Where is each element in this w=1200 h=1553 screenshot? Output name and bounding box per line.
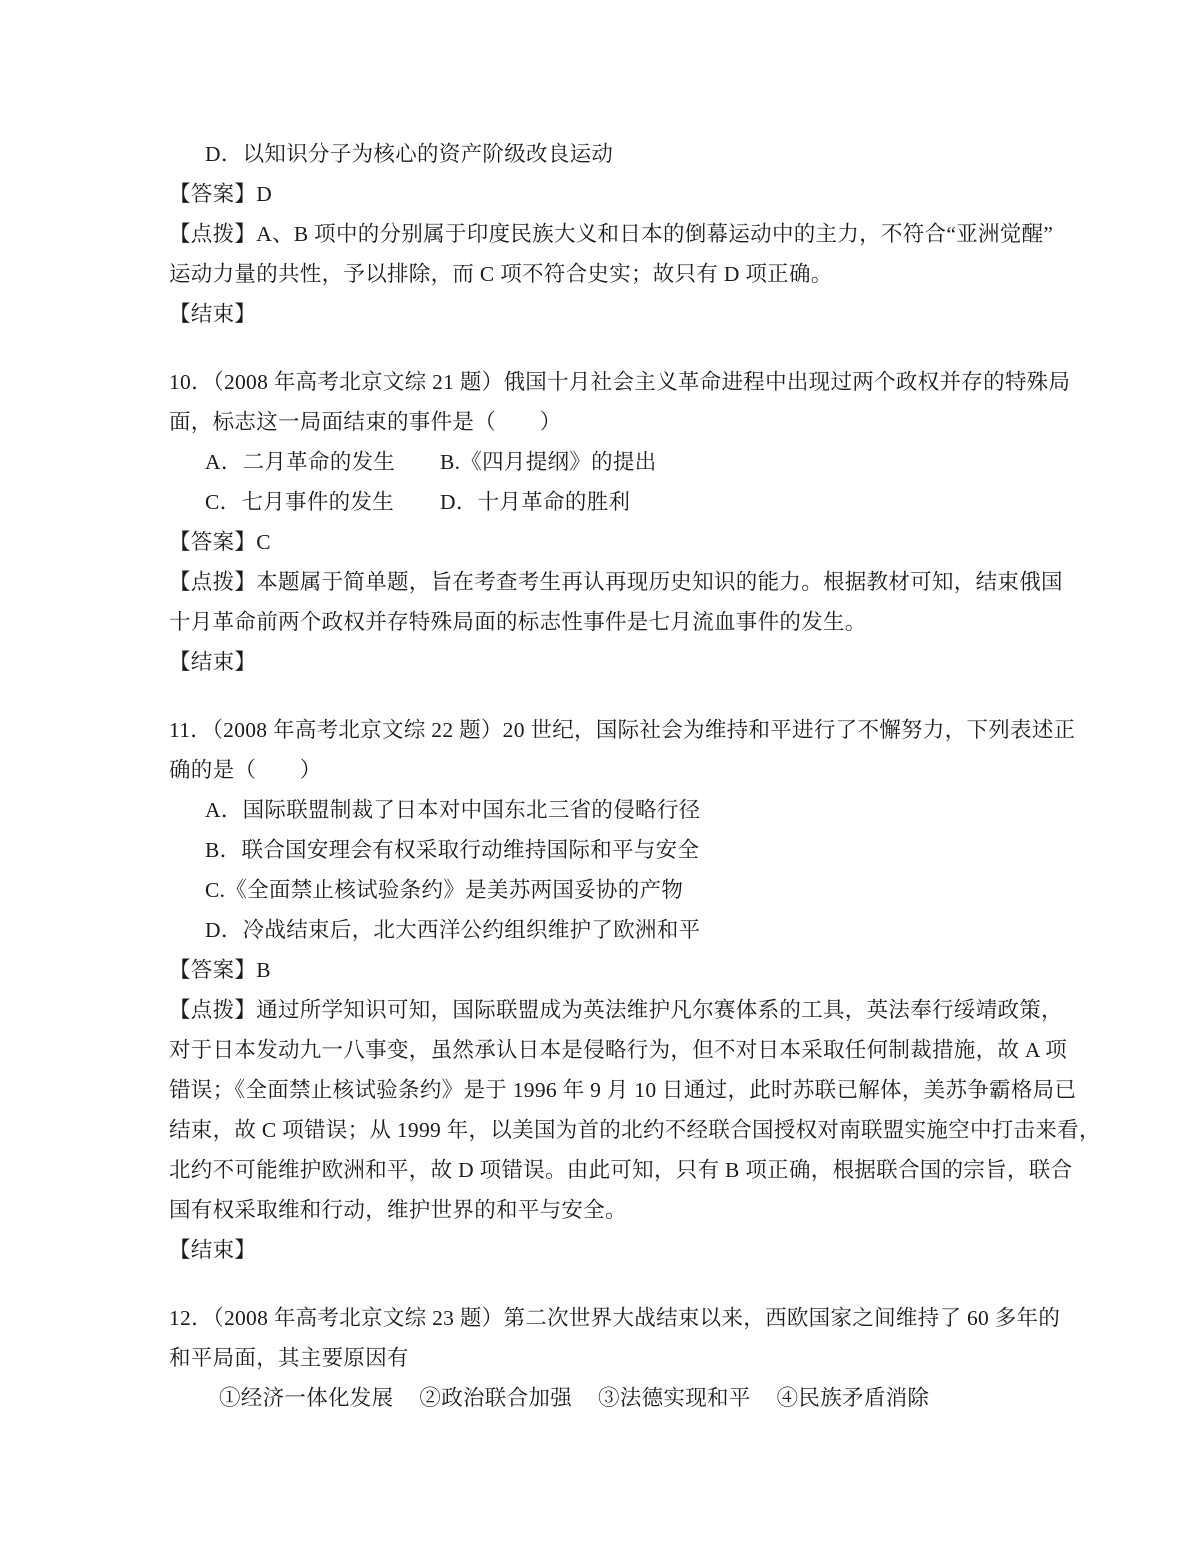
- question-cont-line: 面，标志这一局面结束的事件是（ ）: [169, 402, 1049, 442]
- answer-line: 【答案】B: [169, 950, 1049, 990]
- option-b-line: B．联合国安理会有权采取行动维持国际和平与安全: [169, 830, 1049, 870]
- analysis-cont-line: 国有权采取维和行动，维护世界的和平与安全。: [169, 1190, 1049, 1230]
- option-a-line: A．国际联盟制裁了日本对中国东北三省的侵略行径: [169, 790, 1049, 830]
- question-block-q12: 12．（2008 年高考北京文综 23 题）第二次世界大战结束以来，西欧国家之间…: [169, 1298, 1049, 1418]
- end-marker: 【结束】: [169, 294, 1049, 334]
- analysis-cont-line: 运动力量的共性，予以排除，而 C 项不符合史实；故只有 D 项正确。: [169, 254, 1049, 294]
- analysis-cont-line: 结束，故 C 项错误；从 1999 年，以美国为首的北约不经联合国授权对南联盟实…: [169, 1110, 1049, 1150]
- circled-option-1: ①经济一体化发展: [219, 1386, 393, 1410]
- option-d-line: D．以知识分子为核心的资产阶级改良运动: [169, 134, 1049, 174]
- document-page: D．以知识分子为核心的资产阶级改良运动【答案】D【点拨】A、B 项中的分别属于印…: [0, 0, 1200, 1553]
- analysis-line: 【点拨】本题属于简单题，旨在考查考生再认再现历史知识的能力。根据教材可知，结束俄…: [169, 562, 1049, 602]
- analysis-line: 【点拨】A、B 项中的分别属于印度民族大义和日本的倒幕运动中的主力，不符合“亚洲…: [169, 214, 1049, 254]
- question-block-q10: 10．（2008 年高考北京文综 21 题）俄国十月社会主义革命进程中出现过两个…: [169, 362, 1049, 682]
- question-line: 10．（2008 年高考北京文综 21 题）俄国十月社会主义革命进程中出现过两个…: [169, 362, 1049, 402]
- end-marker: 【结束】: [169, 642, 1049, 682]
- analysis-cont-line: 北约不可能维护欧洲和平，故 D 项错误。由此可知，只有 B 项正确，根据联合国的…: [169, 1150, 1049, 1190]
- analysis-cont-line: 错误；《全面禁止核试验条约》是于 1996 年 9 月 10 日通过，此时苏联已…: [169, 1070, 1049, 1110]
- answer-line: 【答案】D: [169, 174, 1049, 214]
- question-line: 12．（2008 年高考北京文综 23 题）第二次世界大战结束以来，西欧国家之间…: [169, 1298, 1049, 1338]
- option-left: C．七月事件的发生: [205, 482, 440, 522]
- answer-line: 【答案】C: [169, 522, 1049, 562]
- option-d-line: D．冷战结束后，北大西洋公约组织维护了欧洲和平: [169, 910, 1049, 950]
- question-block-q11: 11．（2008 年高考北京文综 22 题）20 世纪，国际社会为维持和平进行了…: [169, 710, 1049, 1270]
- circled-option-4: ④民族矛盾消除: [777, 1386, 930, 1410]
- circled-options-row: ①经济一体化发展②政治联合加强③法德实现和平④民族矛盾消除: [169, 1378, 1049, 1418]
- circled-option-2: ②政治联合加强: [419, 1386, 572, 1410]
- option-right: B.《四月提纲》的提出: [440, 450, 657, 474]
- option-left: A．二月革命的发生: [205, 442, 440, 482]
- options-row: A．二月革命的发生B.《四月提纲》的提出: [169, 442, 1049, 482]
- question-cont-line: 和平局面，其主要原因有: [169, 1338, 1049, 1378]
- options-row: C．七月事件的发生D．十月革命的胜利: [169, 482, 1049, 522]
- question-cont-line: 确的是（ ）: [169, 750, 1049, 790]
- analysis-line: 【点拨】通过所学知识可知，国际联盟成为英法维护凡尔赛体系的工具，英法奉行绥靖政策…: [169, 990, 1049, 1030]
- question-line: 11．（2008 年高考北京文综 22 题）20 世纪，国际社会为维持和平进行了…: [169, 710, 1049, 750]
- analysis-cont-line: 十月革命前两个政权并存特殊局面的标志性事件是七月流血事件的发生。: [169, 602, 1049, 642]
- end-marker: 【结束】: [169, 1230, 1049, 1270]
- analysis-cont-line: 对于日本发动九一八事变，虽然承认日本是侵略行为，但不对日本采取任何制裁措施，故 …: [169, 1030, 1049, 1070]
- circled-option-3: ③法德实现和平: [598, 1386, 751, 1410]
- option-right: D．十月革命的胜利: [440, 490, 630, 514]
- question-block-q09-tail: D．以知识分子为核心的资产阶级改良运动【答案】D【点拨】A、B 项中的分别属于印…: [169, 134, 1049, 334]
- option-c-line: C.《全面禁止核试验条约》是美苏两国妥协的产物: [169, 870, 1049, 910]
- document-content: D．以知识分子为核心的资产阶级改良运动【答案】D【点拨】A、B 项中的分别属于印…: [169, 134, 1049, 1418]
